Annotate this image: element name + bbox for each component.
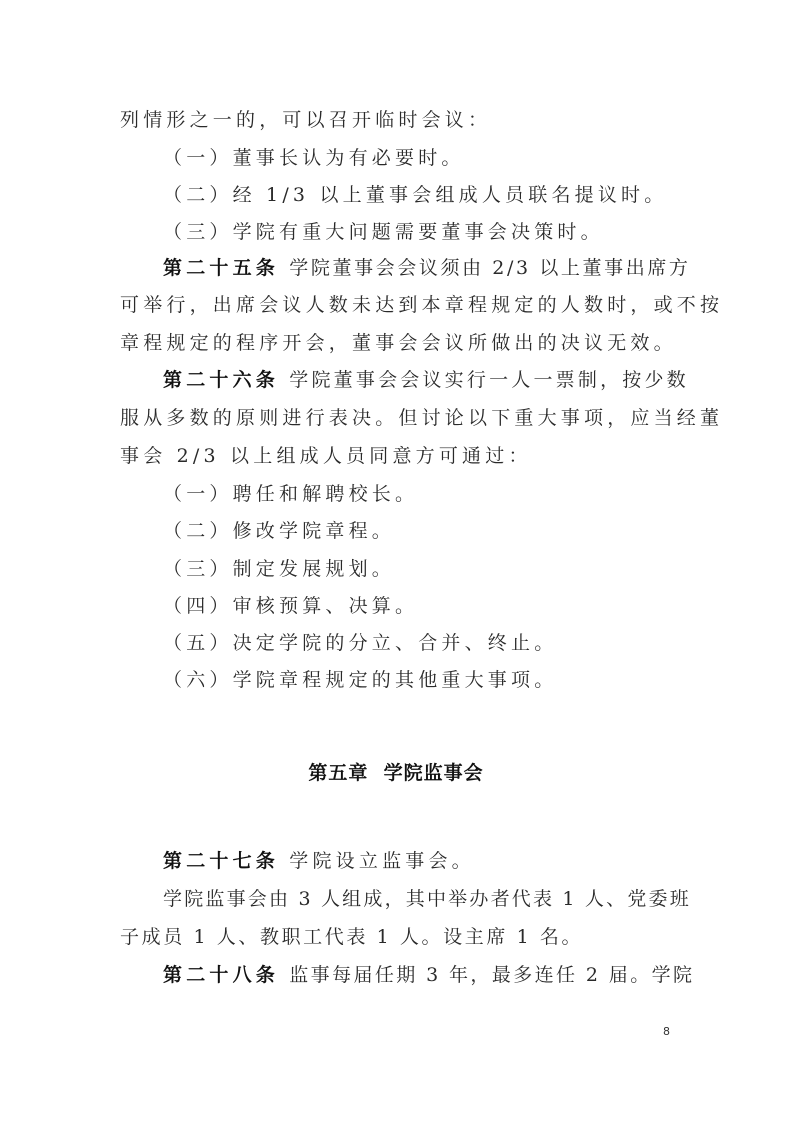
article-label: 第二十五条: [163, 257, 279, 279]
list-item: （三）制定发展规划。: [163, 557, 672, 581]
article-text: 学院设立监事会。: [289, 850, 475, 872]
article-25-line: 第二十五条 学院董事会会议须由 2/3 以上董事出席方: [163, 256, 672, 280]
article-26-line: 第二十六条 学院董事会会议实行一人一票制，按少数: [163, 368, 672, 392]
page-number: 8: [663, 1025, 670, 1038]
list-item: （二）修改学院章程。: [163, 519, 672, 543]
chapter-heading: 第五章 学院监事会: [0, 761, 792, 785]
list-item: （二）经 1/3 以上董事会组成人员联名提议时。: [163, 183, 672, 207]
article-label: 第二十七条: [163, 850, 279, 872]
article-27-line: 第二十七条 学院设立监事会。: [163, 849, 672, 873]
article-text: 学院董事会会议实行一人一票制，按少数: [289, 369, 689, 391]
text-line: 事会 2/3 以上组成人员同意方可通过：: [120, 444, 672, 468]
text-line: 列情形之一的，可以召开临时会议：: [120, 108, 672, 132]
list-item: （四）审核预算、决算。: [163, 594, 672, 618]
list-item: （一）董事长认为有必要时。: [163, 146, 672, 170]
list-item: （一）聘任和解聘校长。: [163, 482, 672, 506]
article-label: 第二十八条: [163, 964, 279, 986]
article-text: 学院董事会会议须由 2/3 以上董事出席方: [289, 257, 690, 279]
list-item: （五）决定学院的分立、合并、终止。: [163, 631, 672, 655]
document-page: 列情形之一的，可以召开临时会议： （一）董事长认为有必要时。 （二）经 1/3 …: [0, 0, 792, 1122]
text-line: 服从多数的原则进行表决。但讨论以下重大事项，应当经董: [120, 406, 672, 430]
list-item: （三）学院有重大问题需要董事会决策时。: [163, 220, 672, 244]
article-28-line: 第二十八条 监事每届任期 3 年，最多连任 2 届。学院: [163, 963, 672, 987]
text-line: 学院监事会由 3 人组成，其中举办者代表 1 人、党委班: [163, 887, 672, 911]
text-line: 可举行，出席会议人数未达到本章程规定的人数时，或不按: [120, 293, 672, 317]
article-text: 监事每届任期 3 年，最多连任 2 届。学院: [289, 964, 694, 986]
article-label: 第二十六条: [163, 369, 279, 391]
text-line: 章程规定的程序开会，董事会会议所做出的决议无效。: [120, 331, 672, 355]
list-item: （六）学院章程规定的其他重大事项。: [163, 668, 672, 692]
text-line: 子成员 1 人、教职工代表 1 人。设主席 1 名。: [120, 925, 672, 949]
